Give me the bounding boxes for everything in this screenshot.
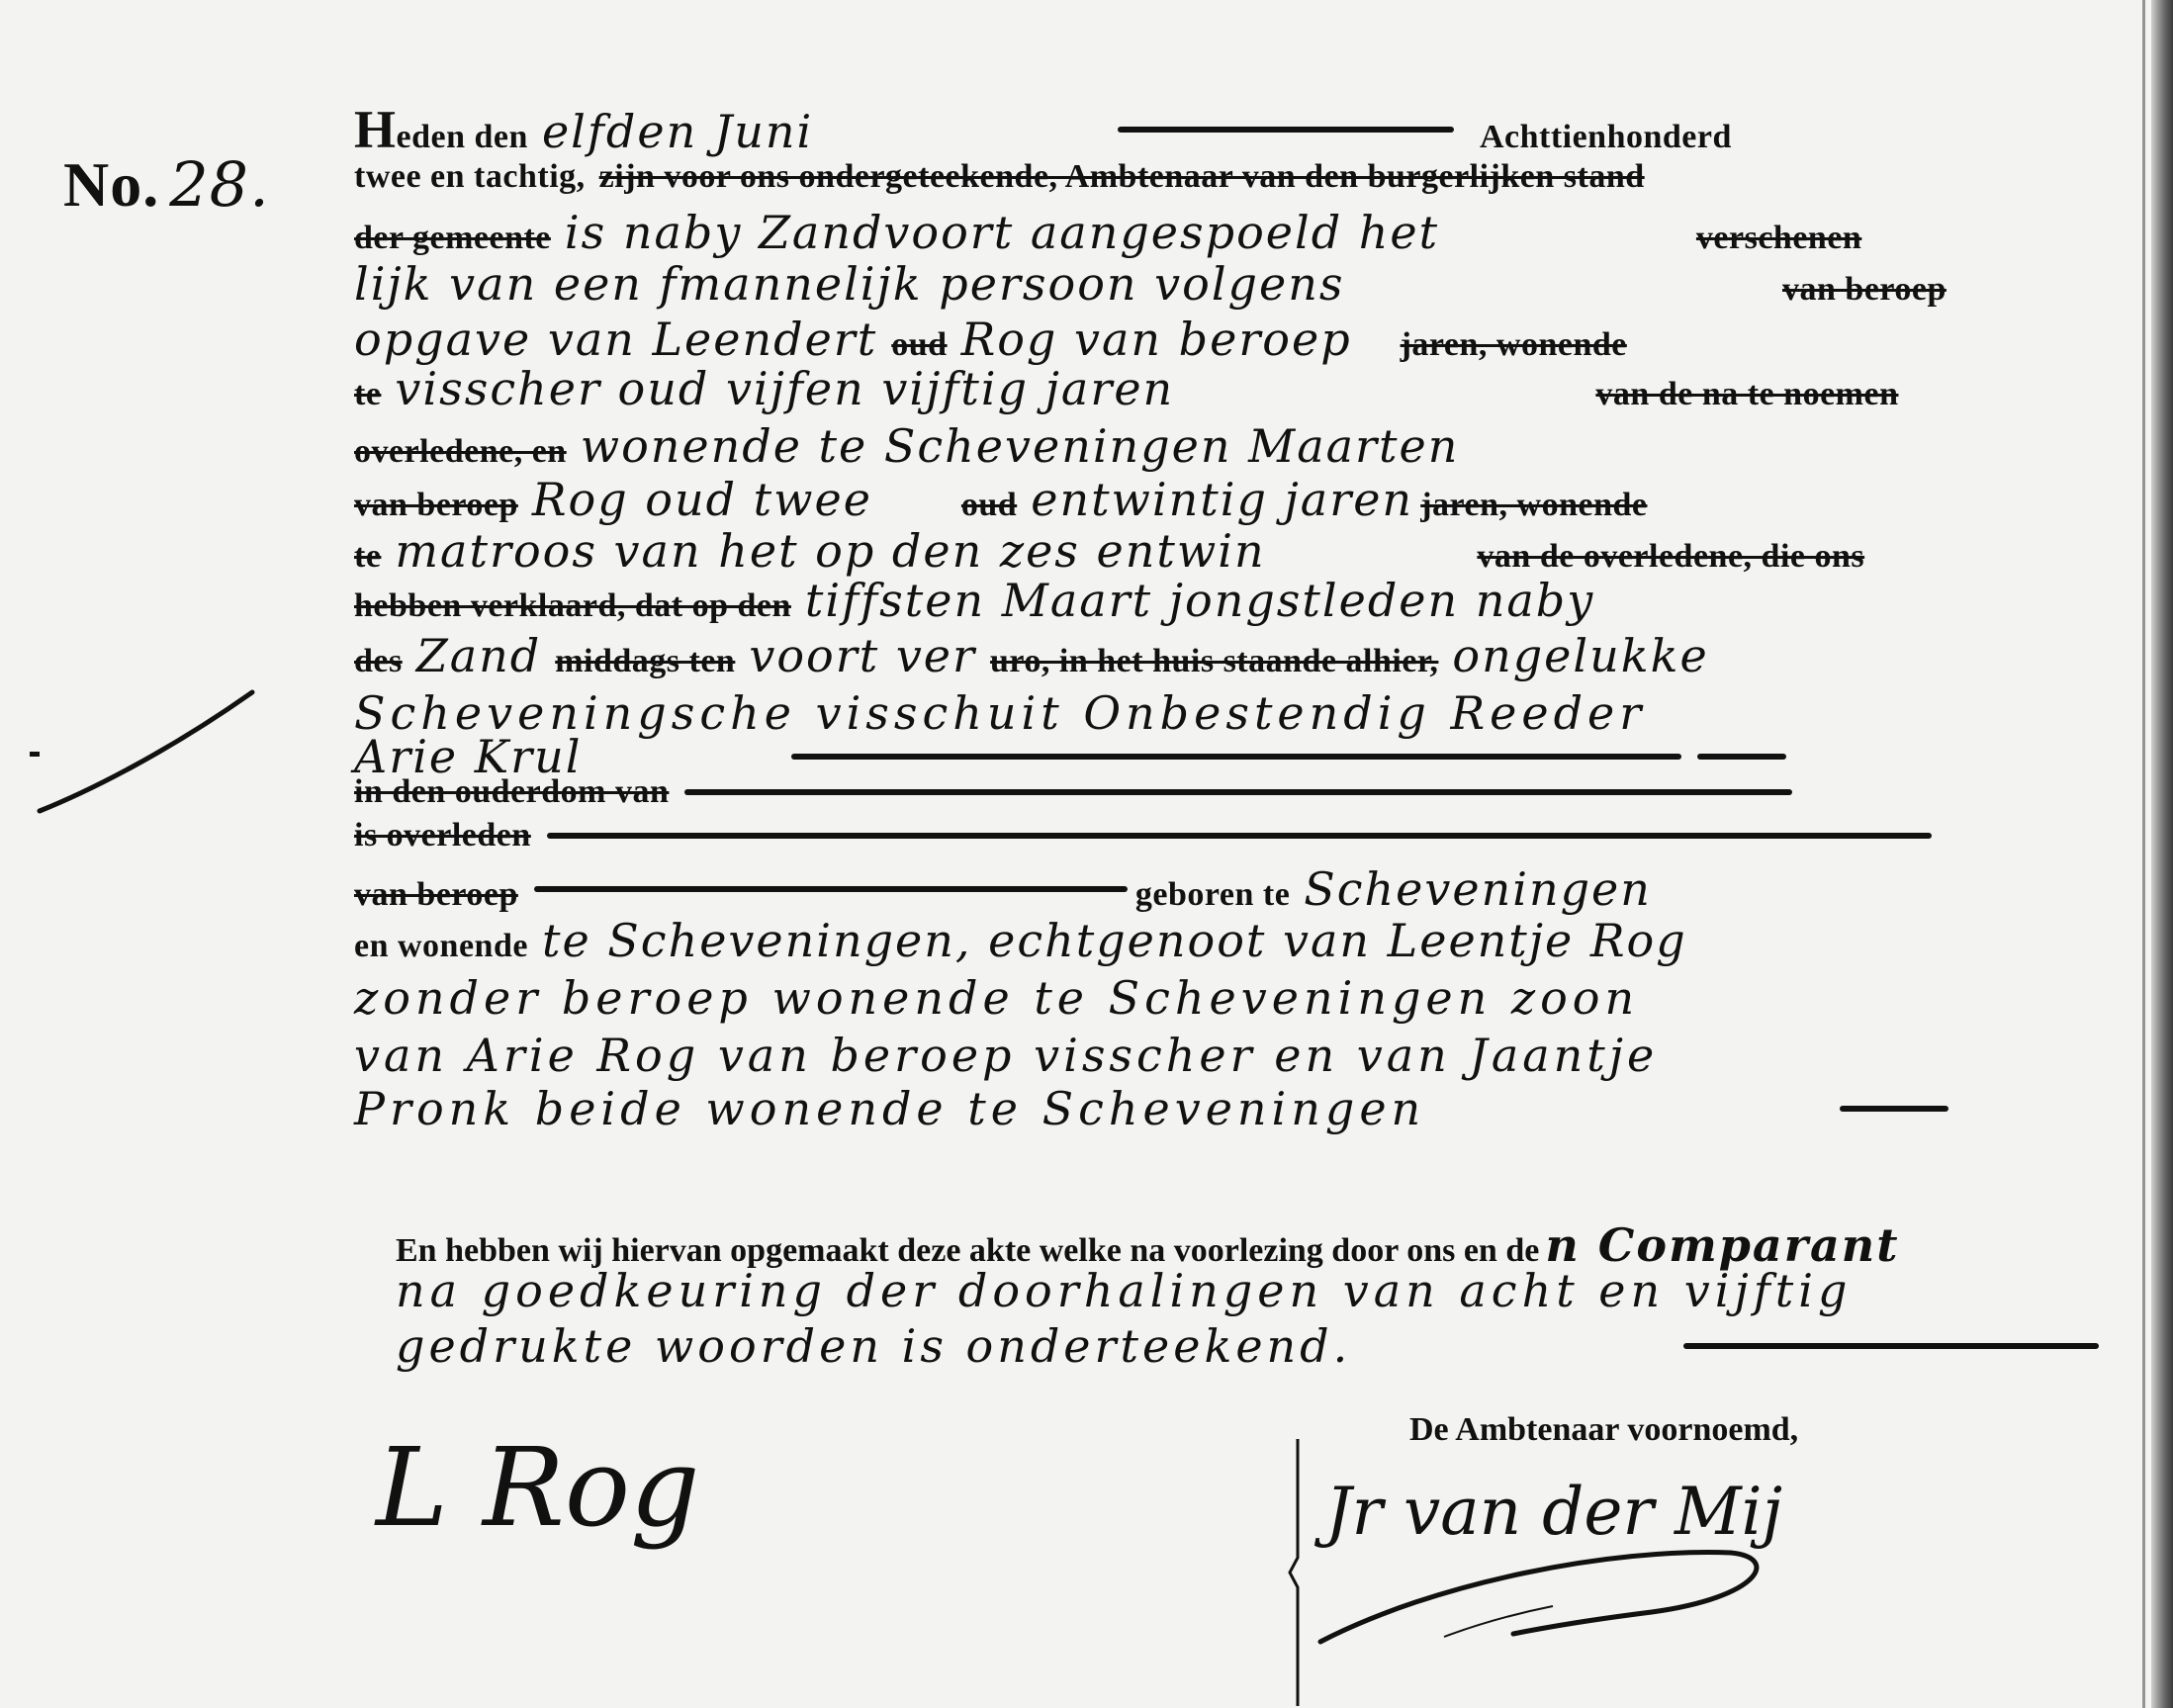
fill-rule xyxy=(791,754,1681,760)
handwritten-text: van Arie Rog van beroep visscher en van … xyxy=(354,1029,1658,1082)
handwritten-text: Zand xyxy=(416,629,541,682)
form-line-9: te matroos van het op den zes entwin van… xyxy=(354,524,1864,578)
struck-printed-text: oud xyxy=(961,487,1017,524)
struck-printed-text: der gemeente xyxy=(354,220,551,257)
struck-printed-text: middags ten xyxy=(555,643,735,680)
printed-text: en wonende xyxy=(354,928,528,965)
handwritten-text: te Scheveningen, echtgenoot van Leentje … xyxy=(542,914,1687,967)
struck-printed-text: van beroep xyxy=(1782,271,1947,309)
handwritten-text: Scheveningen xyxy=(1304,862,1652,916)
handwritten-text: Rog oud twee xyxy=(532,473,948,526)
fill-rule xyxy=(684,789,1792,795)
signature-flourish xyxy=(1315,1543,1830,1652)
struck-printed-text: van beroep xyxy=(354,487,518,524)
form-line-4: lijk van een fmannelijk persoon volgens … xyxy=(354,257,1947,311)
handwritten-text: entwintig jaren xyxy=(1031,473,1406,526)
handwritten-text: visscher oud vijfen vijftig jaren xyxy=(395,362,1582,415)
official-signature: Jr van der Mij xyxy=(1325,1474,1782,1550)
struck-printed-text: te xyxy=(354,538,381,576)
fill-rule xyxy=(534,886,1128,892)
form-line-18: zonder beroep wonende te Scheveningen zo… xyxy=(354,971,1653,1025)
printed-text: Achttienhonderd xyxy=(1480,119,1732,156)
handwritten-text: matroos van het op den zes entwin xyxy=(395,524,1463,578)
struck-printed-text: van de na te noemen xyxy=(1595,376,1898,413)
fill-rule xyxy=(1840,1106,1948,1112)
handwritten-text: gedrukte woorden is onderteekend. xyxy=(396,1319,1662,1373)
struck-printed-text: van de overledene, die ons xyxy=(1477,538,1864,576)
struck-printed-text: jaren, wonende xyxy=(1401,326,1627,364)
fill-rule xyxy=(1118,127,1454,133)
record-number-value: 28. xyxy=(169,148,270,221)
fill-rule xyxy=(1683,1343,2099,1349)
form-line-3: der gemeente is naby Zandvoort aangespoe… xyxy=(354,206,1861,259)
form-line-20: Pronk beide wonende te Scheveningen xyxy=(354,1082,1956,1135)
handwritten-text: Pronk beide wonende te Scheveningen xyxy=(354,1082,1818,1135)
struck-printed-text: jaren, wonende xyxy=(1420,487,1647,524)
printed-text: twee en tachtig, xyxy=(354,158,586,196)
form-line-15: is overleden xyxy=(354,817,1940,854)
struck-printed-text: te xyxy=(354,376,381,413)
signature-bracket xyxy=(1286,1439,1306,1706)
handwritten-date: elfden Juni xyxy=(542,105,1096,158)
form-line-5: opgave van Leendert oud Rog van beroep j… xyxy=(354,313,1627,366)
handwritten-text: ongelukke xyxy=(1452,629,1708,682)
form-line-11: des Zand middags ten voort ver uro, in h… xyxy=(354,629,1723,682)
struck-printed-text: verschenen xyxy=(1696,220,1861,257)
fill-rule xyxy=(1697,754,1786,760)
printed-text: geboren te xyxy=(1135,876,1290,914)
form-line-16: van beroep geboren te Scheveningen xyxy=(354,862,1666,916)
form-line-17: en wonende te Scheveningen, echtgenoot v… xyxy=(354,914,1701,967)
struck-printed-text: uro, in het huis staande alhier, xyxy=(990,643,1438,680)
struck-printed-text: overledene, en xyxy=(354,433,567,471)
page-edge-line xyxy=(2142,0,2145,1708)
record-number-label: No. xyxy=(63,149,159,220)
struck-printed-text: is overleden xyxy=(354,817,531,854)
closing-line-2: na goedkeuring der doorhalingen van acht… xyxy=(396,1264,1865,1317)
struck-printed-text: van beroep xyxy=(354,876,518,914)
declarant-signature: L Rog xyxy=(376,1424,699,1551)
fill-rule xyxy=(547,833,1932,839)
drop-cap: H xyxy=(354,100,397,159)
handwritten-text: Rog van beroep xyxy=(961,313,1387,366)
closing-line-3: gedrukte woorden is onderteekend. xyxy=(396,1319,2107,1373)
struck-printed-text: des xyxy=(354,643,403,680)
struck-printed-text: in den ouderdom van xyxy=(354,773,669,811)
margin-pen-stroke xyxy=(30,682,257,831)
official-label: De Ambtenaar voornoemd, xyxy=(1409,1411,1798,1449)
page-edge xyxy=(2151,0,2173,1708)
handwritten-text: is naby Zandvoort aangespoeld het xyxy=(565,206,1682,259)
form-line-14: in den ouderdom van xyxy=(354,773,1800,811)
handwritten-text: opgave van Leendert xyxy=(354,313,877,366)
struck-printed-text: oud xyxy=(891,326,947,364)
form-line-2: twee en tachtig, zijn voor ons ondergete… xyxy=(354,158,1645,196)
handwritten-text: voort ver xyxy=(749,629,976,682)
form-line-10: hebben verklaard, dat op den tiffsten Ma… xyxy=(354,574,1608,627)
struck-printed-text: zijn voor ons ondergeteekende, Ambtenaar… xyxy=(599,158,1645,196)
handwritten-text: lijk van een fmannelijk persoon volgens xyxy=(354,257,1768,311)
form-line-19: van Arie Rog van beroep visscher en van … xyxy=(354,1029,1672,1082)
handwritten-text: wonende te Scheveningen Maarten xyxy=(581,419,1460,473)
form-line-8: van beroep Rog oud twee oud entwintig ja… xyxy=(354,473,1647,526)
form-line-7: overledene, en wonende te Scheveningen M… xyxy=(354,419,1473,473)
handwritten-text: tiffsten Maart jongstleden naby xyxy=(805,574,1594,627)
record-number: No.28. xyxy=(63,148,270,222)
handwritten-text: na goedkeuring der doorhalingen van acht… xyxy=(396,1264,1852,1317)
form-line-6: te visscher oud vijfen vijftig jaren van… xyxy=(354,362,1898,415)
form-line-1: HHeden deneden den elfden Juni Achttienh… xyxy=(354,99,1732,160)
struck-printed-text: hebben verklaard, dat op den xyxy=(354,587,791,625)
handwritten-text: zonder beroep wonende te Scheveningen zo… xyxy=(354,971,1639,1025)
